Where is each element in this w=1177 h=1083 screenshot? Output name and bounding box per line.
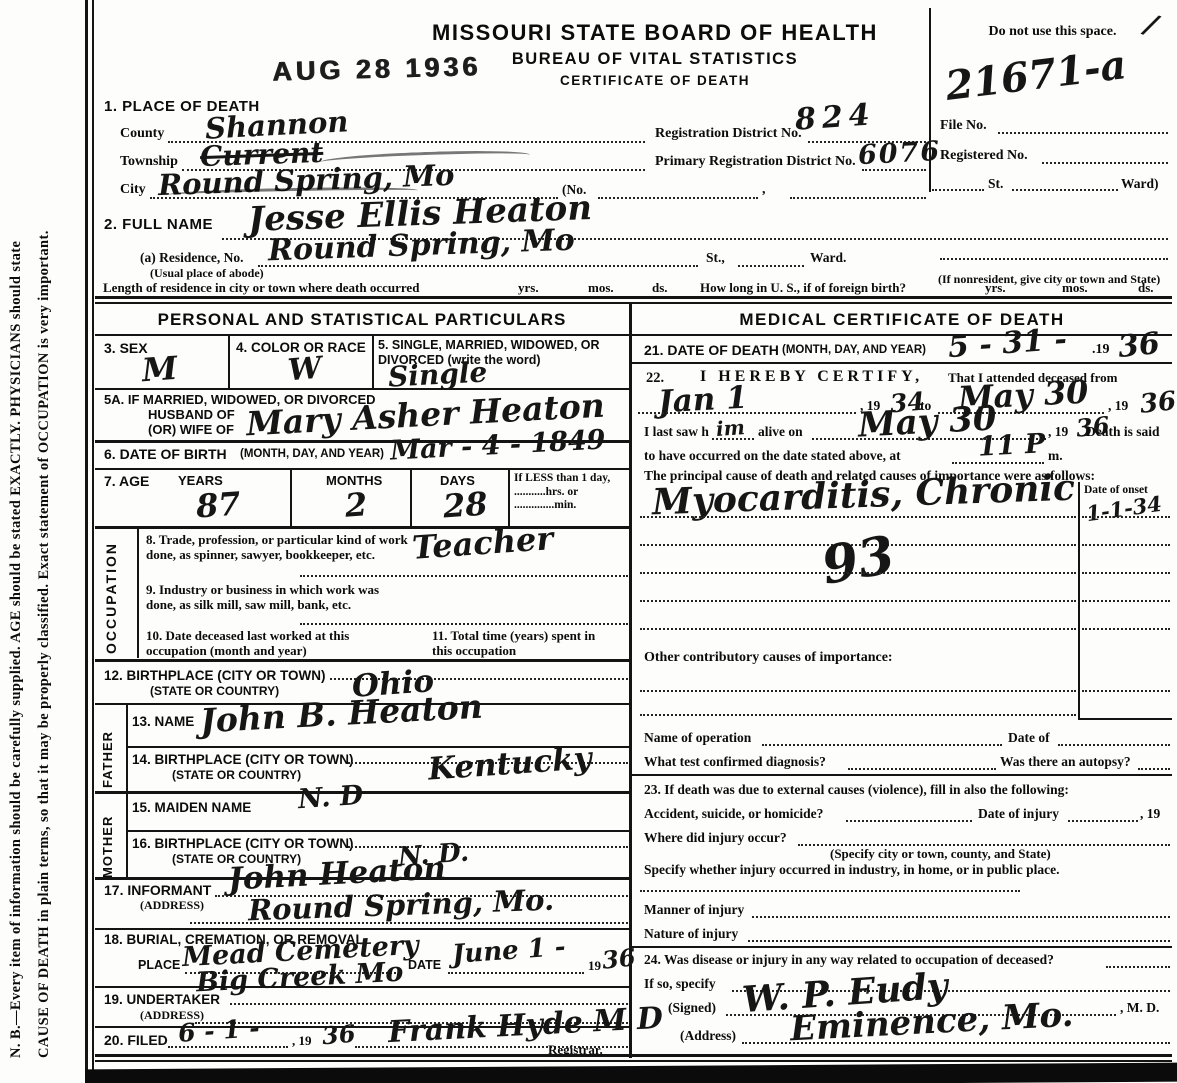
operation-line: [762, 744, 1002, 746]
date-of-death-year: 36: [1116, 326, 1161, 365]
residence-ward-label: Ward.: [810, 250, 846, 266]
st-leader-line: [932, 189, 984, 191]
city-line2: [790, 197, 926, 199]
aliveon-value: May 30: [857, 398, 997, 445]
undertaker-label: 19. UNDERTAKER: [104, 992, 220, 1007]
abode-label: (Usual place of abode): [150, 266, 264, 281]
occupation-rule: [95, 659, 629, 662]
len-mos-label: mos.: [588, 280, 614, 296]
age-days-value: 28: [442, 484, 489, 525]
left-border-inner: [92, 0, 94, 1083]
color-race-value: W: [287, 351, 324, 389]
nature-injury-line: [748, 940, 1170, 942]
registration-district-label: Registration District No.: [655, 126, 802, 142]
ifso-label: If so, specify: [644, 976, 716, 992]
father-name-label: 13. NAME: [132, 714, 194, 729]
residence-st-line: [738, 265, 804, 267]
sex-color-divider: [228, 336, 230, 388]
length-residence-label: Length of residence in city or town wher…: [103, 280, 419, 296]
onset-box-divider: [1078, 482, 1080, 720]
burial-date-label: DATE: [408, 958, 441, 972]
burial-date-value: June 1 -: [451, 932, 566, 970]
autopsy-line: [1138, 768, 1170, 770]
occurred-line: [952, 462, 1044, 464]
len-ds-label: ds.: [652, 280, 668, 296]
filed-line1: [168, 1046, 288, 1048]
form-subtitle: BUREAU OF VITAL STATISTICS: [400, 50, 910, 69]
file-no-label: File No.: [940, 118, 987, 134]
nonresident-label: (If nonresident, give city or town and S…: [938, 272, 1160, 287]
date-of-death-19: .19: [1092, 342, 1110, 358]
howlong-mos-label: mos.: [1062, 280, 1088, 296]
related-occupation-label: 24. Was disease or injury in any way rel…: [644, 952, 1054, 968]
age-div1: [290, 470, 292, 526]
county-label: County: [120, 126, 164, 142]
date-injury-line: [1068, 820, 1138, 822]
autopsy-label: Was there an autopsy?: [1000, 754, 1131, 770]
accident-line: [846, 820, 972, 822]
scan-artifact-bar: [85, 1063, 1177, 1083]
occurred-time-value: 11 P: [977, 428, 1046, 462]
form-title: MISSOURI STATE BOARD OF HEALTH: [400, 20, 910, 46]
row15-rule: [126, 830, 629, 832]
age-div3: [508, 470, 510, 526]
age-label: 7. AGE: [104, 473, 149, 489]
date-injury-label: Date of injury: [978, 806, 1059, 822]
howlong-ds-label: ds.: [1138, 280, 1154, 296]
registered-no-label: Registered No.: [940, 148, 1028, 164]
date-of-death-sublabel: (MONTH, DAY, AND YEAR): [782, 344, 926, 356]
attended-from-value: Jan 1: [657, 380, 748, 421]
related-occupation-line: [1106, 966, 1170, 968]
mother-side-label: MOTHER: [100, 796, 115, 878]
md-label: , M. D.: [1120, 1000, 1159, 1016]
mortality-code-scribble: 93: [817, 524, 899, 597]
birthplace-label: 12. BIRTHPLACE (CITY OR TOWN): [104, 668, 326, 683]
dob-sublabel: (MONTH, DAY, AND YEAR): [240, 448, 384, 460]
aliveon-label: alive on: [758, 424, 803, 440]
bottom-rule2: [95, 1060, 1172, 1062]
burial-date-line: [448, 972, 584, 974]
lastsaw-label: I last saw h: [644, 424, 709, 440]
accident-label: Accident, suicide, or homicide?: [644, 806, 823, 822]
residence-label: (a) Residence, No.: [140, 250, 243, 266]
father-side-label: FATHER: [100, 708, 115, 788]
bottom-rule1: [95, 1054, 1172, 1057]
maiden-name-label: 15. MAIDEN NAME: [132, 800, 251, 815]
full-name-label: 2. FULL NAME: [104, 216, 213, 233]
primary-district-label: Primary Registration District No.: [655, 154, 856, 170]
injury-19-label: , 19: [1140, 806, 1160, 822]
sex-value: M: [141, 349, 179, 389]
cause-line3: [640, 572, 1076, 574]
certificate-number-handwritten: 21671-a: [943, 41, 1129, 110]
trade-label: 8. Trade, profession, or particular kind…: [146, 532, 412, 563]
wife-of-label: (OR) WIFE OF: [148, 422, 234, 437]
birthplace-sublabel: (STATE OR COUNTRY): [150, 684, 279, 698]
occupation-side-label: OCCUPATION: [103, 534, 119, 654]
occurred-label: to have occurred on the date stated abov…: [644, 448, 901, 464]
color-marital-divider: [372, 336, 374, 388]
industry-label: 9. Industry or business in which work wa…: [146, 582, 412, 613]
city-label: City: [120, 182, 146, 198]
medical-heading-rule: [632, 334, 1172, 336]
contributory-line2: [640, 714, 1076, 716]
file-no-line: [998, 132, 1168, 134]
mother-birthplace-label: 16. BIRTHPLACE (CITY OR TOWN): [132, 836, 354, 851]
cause-line1: [640, 516, 1076, 518]
date-of-death-label: 21. DATE OF DEATH: [644, 342, 779, 358]
form-subtitle2: CERTIFICATE OF DEATH: [400, 73, 910, 88]
occupation-divider: [137, 528, 139, 658]
margin-note-line2: CAUSE OF DEATH in plain terms, so that i…: [36, 28, 53, 1058]
row18-rule: [95, 986, 629, 988]
death-said-label: Death is said: [1086, 424, 1160, 440]
where-injury-label: Where did injury occur?: [644, 830, 787, 846]
date-of-label: Date of: [1008, 730, 1050, 746]
ward-leader-line: [1012, 189, 1118, 191]
manner-injury-label: Manner of injury: [644, 902, 744, 918]
residence-st-label: St.,: [706, 250, 725, 266]
howlong-yrs-label: yrs.: [985, 280, 1006, 296]
burial-19-label: 19: [588, 958, 601, 974]
personal-heading: PERSONAL AND STATISTICAL PARTICULARS: [95, 310, 629, 330]
informant-label: 17. INFORMANT: [104, 882, 211, 898]
registration-district-value: 824: [794, 97, 877, 138]
test-line: [848, 768, 996, 770]
trade-line: [300, 575, 628, 577]
signed-label: (Signed): [668, 1000, 716, 1016]
contributory-line1: [640, 690, 1076, 692]
maiden-name-value: N. D: [297, 780, 364, 815]
contributory-line1b: [1082, 690, 1170, 692]
date-of-line: [1058, 744, 1170, 746]
father-birthplace-sublabel: (STATE OR COUNTRY): [172, 768, 301, 782]
registrar-signature: Frank Hyde M D: [387, 1001, 663, 1050]
primary-district-value: 6076: [857, 136, 942, 171]
filed-year-value: 36: [321, 1019, 357, 1051]
filed-label: 20. FILED: [104, 1032, 168, 1048]
margin-note-line1: N. B.—Every item of information should b…: [8, 28, 25, 1058]
attended-from-line: [638, 412, 856, 414]
filed-19-label: , 19: [292, 1033, 312, 1049]
cause-line2b: [1082, 544, 1170, 546]
row17-rule: [95, 928, 629, 930]
section-rule-top2: [95, 302, 1172, 304]
city-no-line: [598, 197, 758, 199]
nature-injury-label: Nature of injury: [644, 926, 738, 942]
row21-rule: [632, 362, 1172, 364]
cause-line1b: [1082, 516, 1170, 518]
test-label: What test confirmed diagnosis?: [644, 754, 826, 770]
less-than-day-label: If LESS than 1 day, ...........hrs. or .…: [514, 472, 626, 513]
external-causes-label: 23. If death was due to external causes …: [644, 782, 1069, 798]
registered-no-line: [1042, 162, 1168, 164]
last-worked-label: 10. Date deceased last worked at this oc…: [146, 628, 396, 659]
specify-line: [640, 890, 1020, 892]
onset-box-bottom: [1078, 718, 1172, 720]
father-birthplace-label: 14. BIRTHPLACE (CITY OR TOWN): [132, 752, 354, 767]
contributory-label: Other contributory causes of importance:: [644, 650, 893, 666]
lastsaw-blank-line: [712, 438, 754, 440]
total-time-label: 11. Total time (years) spent in this occ…: [432, 628, 602, 659]
attended-to-year: 36: [1139, 386, 1177, 420]
age-months-value: 2: [344, 485, 369, 524]
len-yrs-label: yrs.: [518, 280, 539, 296]
ward-label: Ward): [1121, 176, 1159, 192]
dob-label: 6. DATE OF BIRTH: [104, 446, 227, 462]
row-test-rule: [632, 774, 1172, 776]
specify-whether-label: Specify whether injury occurred in indus…: [644, 862, 1060, 878]
manner-injury-line: [752, 916, 1170, 918]
residence-ward-line: [940, 258, 1168, 260]
informant-address-label: (ADDRESS): [140, 898, 204, 913]
howlong-label: How long in U. S., if of foreign birth?: [700, 280, 906, 296]
cause-line4: [640, 600, 1076, 602]
burial-place-label: PLACE: [138, 958, 180, 972]
section-rule-top1: [95, 296, 1172, 299]
date-of-death-value: 5 - 31 -: [947, 322, 1068, 365]
death-certificate-scan: N. B.—Every item of information should b…: [0, 0, 1177, 1083]
age-div2: [410, 470, 412, 526]
medical-heading: MEDICAL CERTIFICATE OF DEATH: [632, 310, 1172, 330]
operation-label: Name of operation: [644, 730, 751, 746]
cause-line5: [640, 628, 1076, 630]
mother-divider: [126, 791, 128, 877]
husband-of-label: HUSBAND OF: [148, 407, 235, 422]
attended-19b: , 19: [1108, 398, 1128, 414]
row6-rule: [95, 468, 629, 470]
personal-heading-rule: [95, 334, 629, 336]
aliveon-19: , 19: [1048, 424, 1068, 440]
cause-line5b: [1082, 628, 1170, 630]
age-years-value: 87: [195, 484, 242, 525]
industry-line: [300, 623, 628, 625]
st-label: St.: [988, 176, 1003, 192]
city-comma: ,: [762, 182, 766, 198]
left-border-outer: [85, 0, 88, 1083]
cause-line4b: [1082, 600, 1170, 602]
mother-birthplace-line: [348, 846, 628, 848]
address-label: (Address): [680, 1028, 736, 1044]
row-nature-rule: [632, 946, 1172, 948]
specify-city-label: (Specify city or town, county, and State…: [830, 846, 1051, 862]
filed-date-value: 6 - 1 -: [177, 1013, 260, 1048]
corner-box-label: Do not use this space.: [940, 24, 1165, 40]
cause-line3b: [1082, 572, 1170, 574]
occurred-m-label: m.: [1048, 448, 1063, 464]
